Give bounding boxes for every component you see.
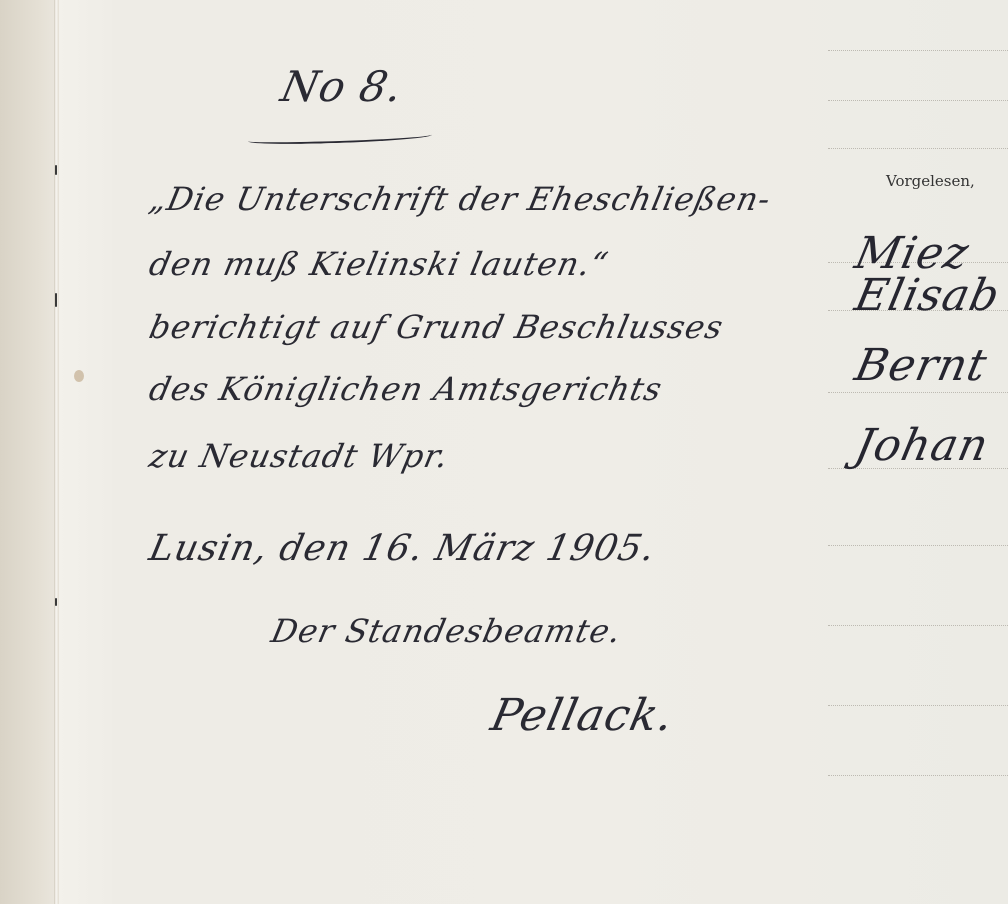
entry-number-underline	[248, 131, 432, 146]
paper-stain	[74, 370, 84, 382]
handwritten-name: Johan	[851, 420, 994, 471]
ruled-line	[828, 100, 1008, 101]
ruled-line	[828, 775, 1008, 776]
book-spine	[54, 0, 59, 904]
ruled-line	[828, 545, 1008, 546]
official-title: Der Standesbeamte.	[268, 612, 625, 650]
ruled-line	[828, 705, 1008, 706]
binding-thread-mark	[55, 165, 57, 175]
binding-thread-mark	[55, 293, 57, 307]
ruled-line	[828, 148, 1008, 149]
marginal-note-line: den muß Kielinski lauten.“	[146, 245, 612, 283]
marginal-note-line: berichtigt auf Grund Beschlusses	[146, 308, 727, 346]
left-page-edge	[0, 0, 54, 904]
entry-number: No 8.	[277, 62, 408, 111]
binding-thread-mark	[55, 598, 57, 606]
ruled-line	[828, 625, 1008, 626]
marginal-note-line: zu Neustadt Wpr.	[146, 437, 452, 475]
handwritten-name: Elisab	[851, 270, 1005, 321]
marginal-note-line: „Die Unterschrift der Eheschließen-	[146, 180, 775, 218]
printed-label-vorgelesen: Vorgelesen,	[886, 172, 975, 190]
ledger-page: No 8. „Die Unterschrift der Eheschließen…	[0, 0, 1008, 904]
marginal-note-line: des Königlichen Amtsgerichts	[146, 370, 666, 408]
place-and-date: Lusin, den 16. März 1905.	[146, 528, 660, 569]
ruled-line	[828, 50, 1008, 51]
handwritten-name: Bernt	[851, 340, 992, 391]
ruled-line	[828, 392, 1008, 393]
registrar-signature: Pellack.	[487, 690, 679, 741]
